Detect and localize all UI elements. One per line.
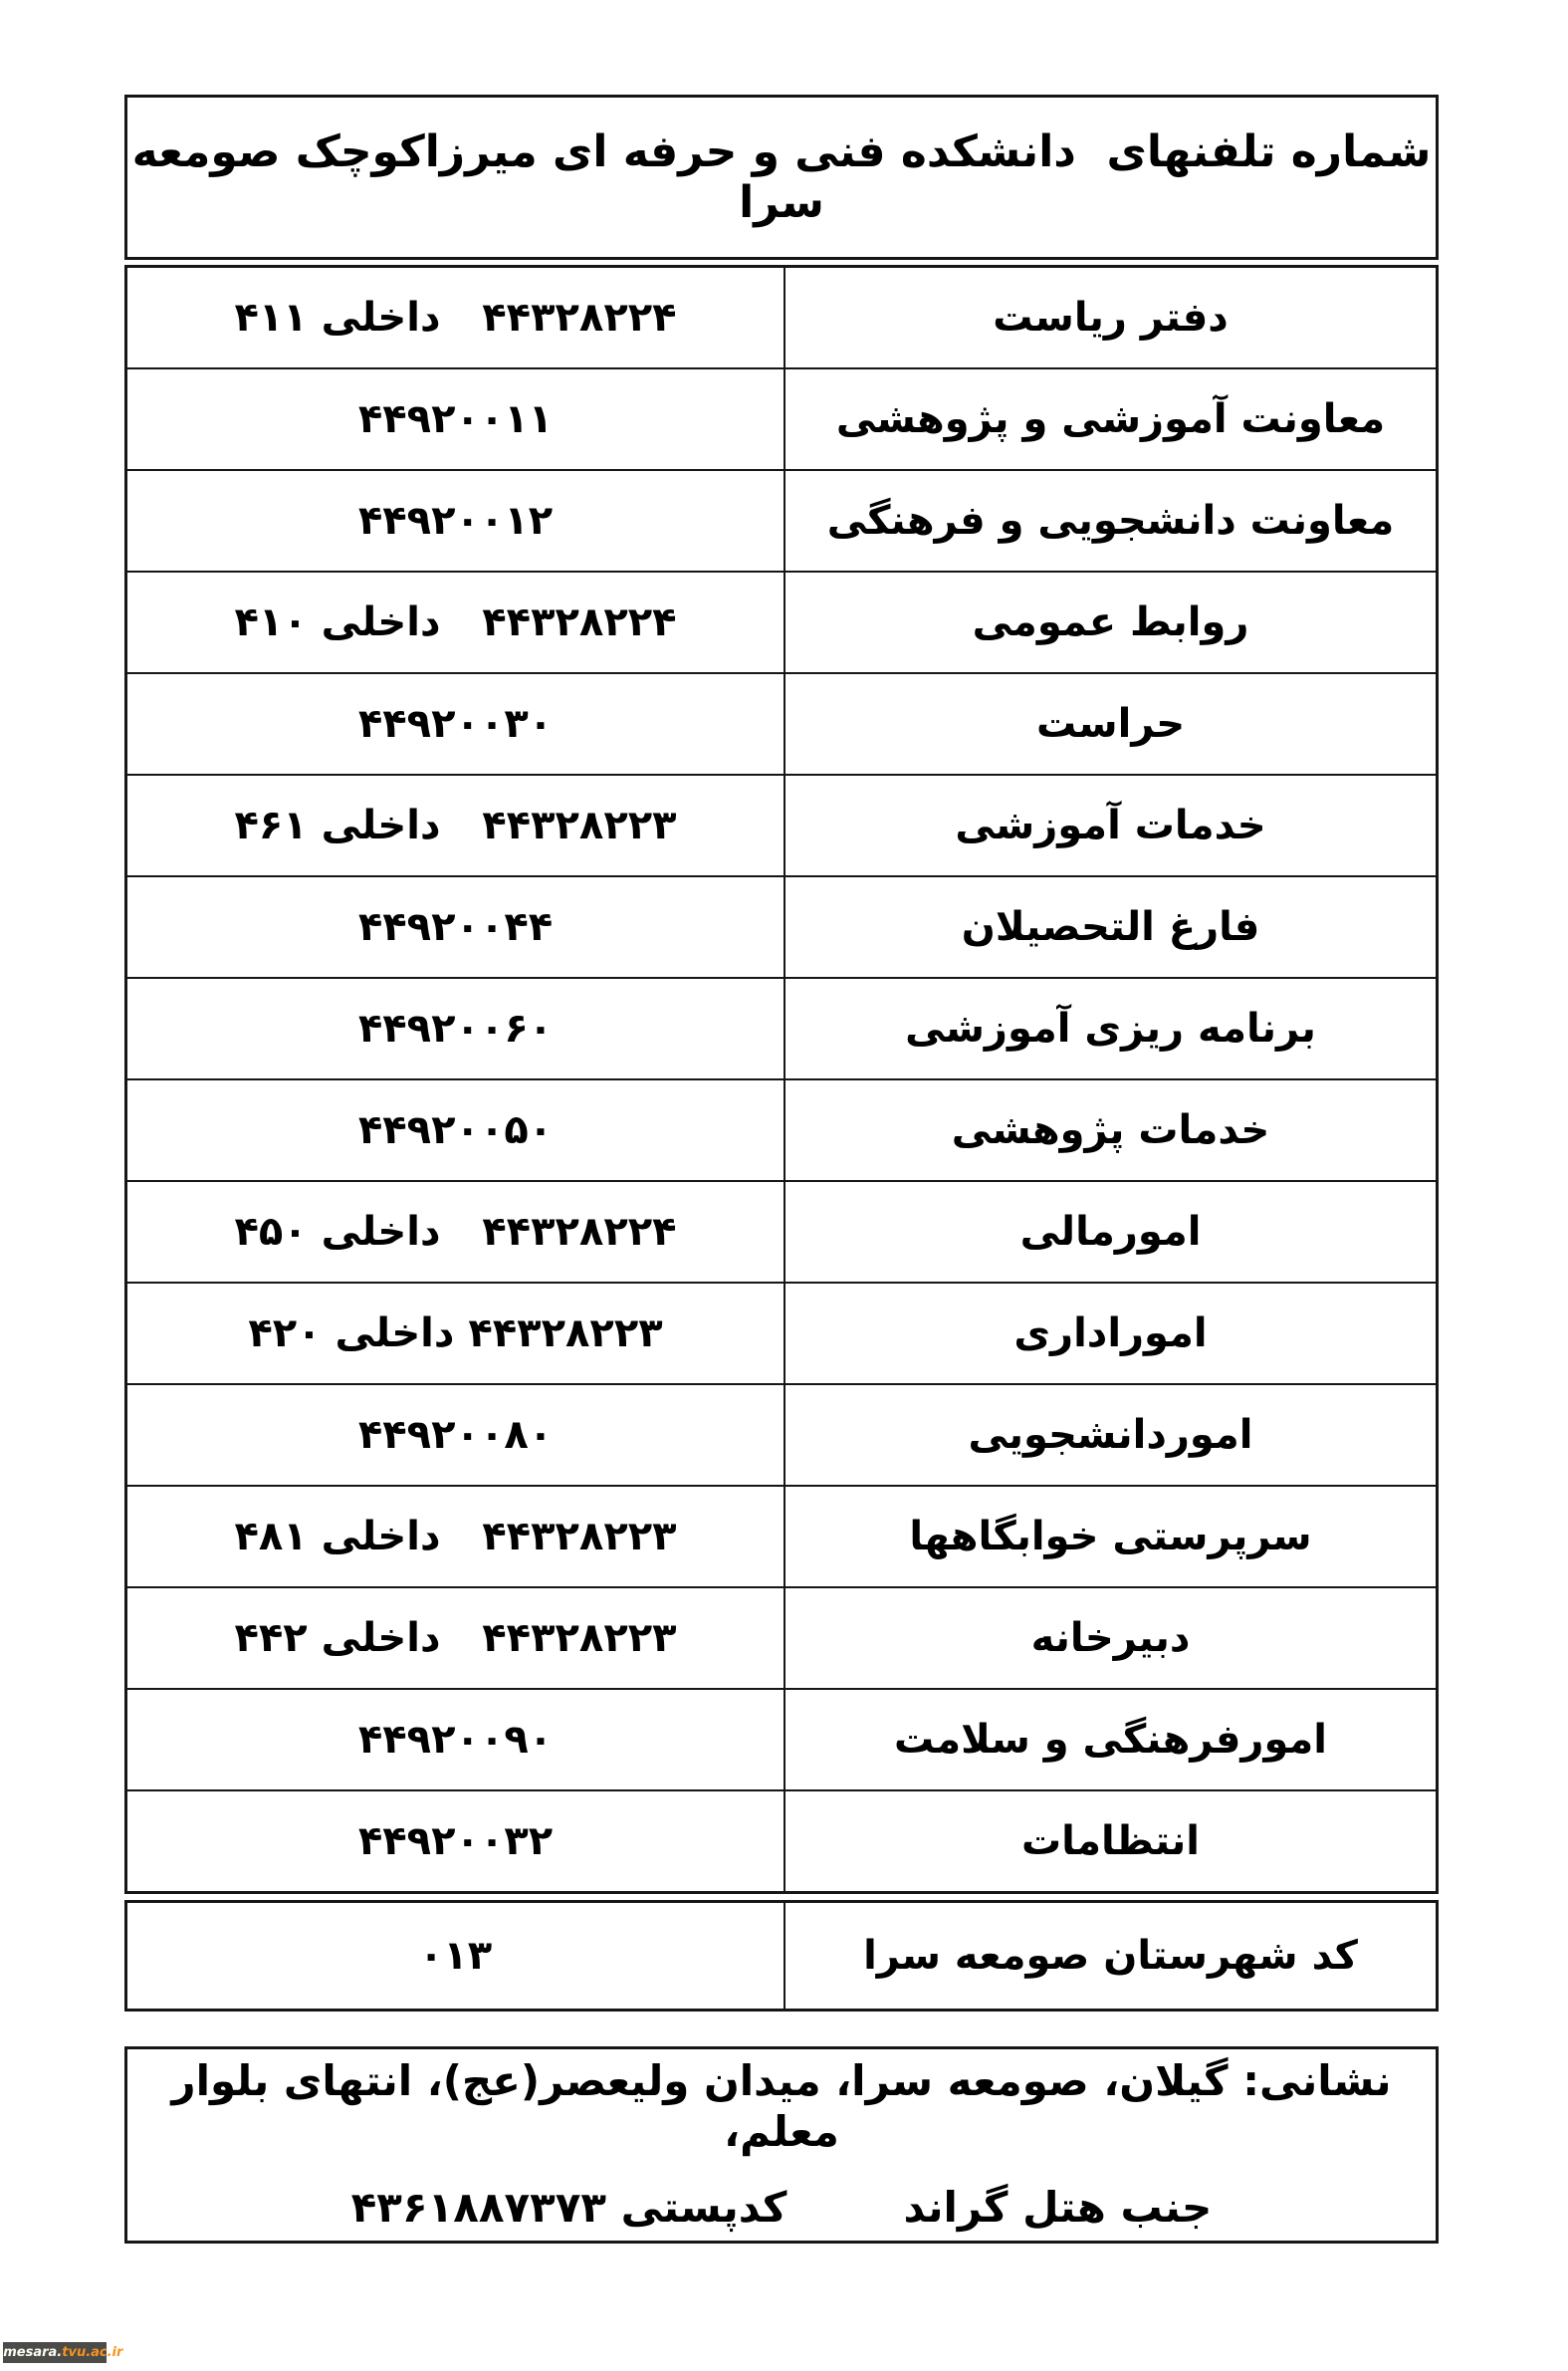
city-code-table: کد شهرستان صومعه سرا ۰۱۳ (124, 1900, 1439, 2012)
city-code-value: ۰۱۳ (127, 1903, 784, 2009)
phone-cell: ۴۴۹۲۰۰۳۰ (127, 674, 784, 774)
department-cell: امورمالی (784, 1182, 1436, 1282)
address-box: نشانی: گیلان، صومعه سرا، میدان ولیعصر(عج… (124, 2046, 1439, 2244)
department-cell: خدمات آموزشی (784, 776, 1436, 875)
table-row: فارغ التحصیلان ۴۴۹۲۰۰۴۴ (127, 875, 1436, 977)
table-row: سرپرستی خوابگاهها ۴۴۳۲۸۲۲۳ داخلی ۴۸۱ (127, 1485, 1436, 1586)
phone-directory-table: دفتر ریاست ۴۴۳۲۸۲۲۴ داخلی ۴۱۱ معاونت آمو… (124, 265, 1439, 1894)
phone-cell: ۴۴۳۲۸۲۲۴ داخلی ۴۱۱ (127, 268, 784, 367)
table-row: خدمات پژوهشی ۴۴۹۲۰۰۵۰ (127, 1078, 1436, 1180)
page-title: شماره تلفنهای دانشکده فنی و حرفه ای میرز… (127, 126, 1436, 228)
table-row: برنامه ریزی آموزشی ۴۴۹۲۰۰۶۰ (127, 977, 1436, 1078)
phone-cell: ۴۴۳۲۸۲۲۴ داخلی ۴۱۰ (127, 573, 784, 672)
phone-cell: ۴۴۹۲۰۰۵۰ (127, 1080, 784, 1180)
table-row: امورمالی ۴۴۳۲۸۲۲۴ داخلی ۴۵۰ (127, 1180, 1436, 1282)
table-row: خدمات آموزشی ۴۴۳۲۸۲۲۳ داخلی ۴۶۱ (127, 774, 1436, 875)
table-row: دبیرخانه ۴۴۳۲۸۲۲۳ داخلی ۴۴۲ (127, 1586, 1436, 1688)
department-cell: اموردانشجویی (784, 1385, 1436, 1485)
phone-cell: ۴۴۹۲۰۰۹۰ (127, 1690, 784, 1789)
table-row: اموراداری ۴۴۳۲۸۲۲۳ داخلی ۴۲۰ (127, 1282, 1436, 1383)
phone-cell: ۴۴۹۲۰۰۸۰ (127, 1385, 784, 1485)
department-cell: دفتر ریاست (784, 268, 1436, 367)
table-row: دفتر ریاست ۴۴۳۲۸۲۲۴ داخلی ۴۱۱ (127, 268, 1436, 367)
phone-cell: ۴۴۹۲۰۰۳۲ (127, 1791, 784, 1891)
document-page: شماره تلفنهای دانشکده فنی و حرفه ای میرز… (0, 0, 1568, 2371)
department-cell: انتظامات (784, 1791, 1436, 1891)
table-row: انتظامات ۴۴۹۲۰۰۳۲ (127, 1789, 1436, 1891)
department-cell: برنامه ریزی آموزشی (784, 979, 1436, 1078)
department-cell: امورفرهنگی و سلامت (784, 1690, 1436, 1789)
department-cell: معاونت دانشجویی و فرهنگی (784, 471, 1436, 571)
phone-cell: ۴۴۳۲۸۲۲۳ داخلی ۴۶۱ (127, 776, 784, 875)
phone-cell: ۴۴۳۲۸۲۲۴ داخلی ۴۵۰ (127, 1182, 784, 1282)
department-cell: دبیرخانه (784, 1588, 1436, 1688)
department-cell: معاونت آموزشی و پژوهشی (784, 369, 1436, 469)
address-line-2: جنب هتل گراند کدپستی ۴۳۶۱۸۸۷۳۷۳ (351, 2183, 1213, 2233)
phone-cell: ۴۴۳۲۸۲۲۳ داخلی ۴۲۰ (127, 1284, 784, 1383)
table-row: امورفرهنگی و سلامت ۴۴۹۲۰۰۹۰ (127, 1688, 1436, 1789)
phone-cell: ۴۴۹۲۰۰۶۰ (127, 979, 784, 1078)
table-row: معاونت آموزشی و پژوهشی ۴۴۹۲۰۰۱۱ (127, 367, 1436, 469)
department-cell: سرپرستی خوابگاهها (784, 1487, 1436, 1586)
phone-cell: ۴۴۹۲۰۰۱۲ (127, 471, 784, 571)
phone-cell: ۴۴۳۲۸۲۲۳ داخلی ۴۸۱ (127, 1487, 784, 1586)
watermark-domain-text: tvu.ac.ir (62, 2346, 122, 2359)
phone-cell: ۴۴۳۲۸۲۲۳ داخلی ۴۴۲ (127, 1588, 784, 1688)
department-cell: روابط عمومی (784, 573, 1436, 672)
department-cell: اموراداری (784, 1284, 1436, 1383)
title-box: شماره تلفنهای دانشکده فنی و حرفه ای میرز… (124, 95, 1439, 260)
site-watermark: somesara.tvu.ac.ir (3, 2342, 107, 2363)
table-row: اموردانشجویی ۴۴۹۲۰۰۸۰ (127, 1383, 1436, 1485)
table-row: روابط عمومی ۴۴۳۲۸۲۲۴ داخلی ۴۱۰ (127, 571, 1436, 672)
table-row: معاونت دانشجویی و فرهنگی ۴۴۹۲۰۰۱۲ (127, 469, 1436, 571)
phone-cell: ۴۴۹۲۰۰۴۴ (127, 877, 784, 977)
phone-cell: ۴۴۹۲۰۰۱۱ (127, 369, 784, 469)
department-cell: حراست (784, 674, 1436, 774)
city-code-label: کد شهرستان صومعه سرا (784, 1903, 1436, 2009)
watermark-site-text: somesara. (0, 2346, 62, 2359)
department-cell: فارغ التحصیلان (784, 877, 1436, 977)
table-row: حراست ۴۴۹۲۰۰۳۰ (127, 672, 1436, 774)
address-line-1: نشانی: گیلان، صومعه سرا، میدان ولیعصر(عج… (127, 2056, 1436, 2157)
department-cell: خدمات پژوهشی (784, 1080, 1436, 1180)
